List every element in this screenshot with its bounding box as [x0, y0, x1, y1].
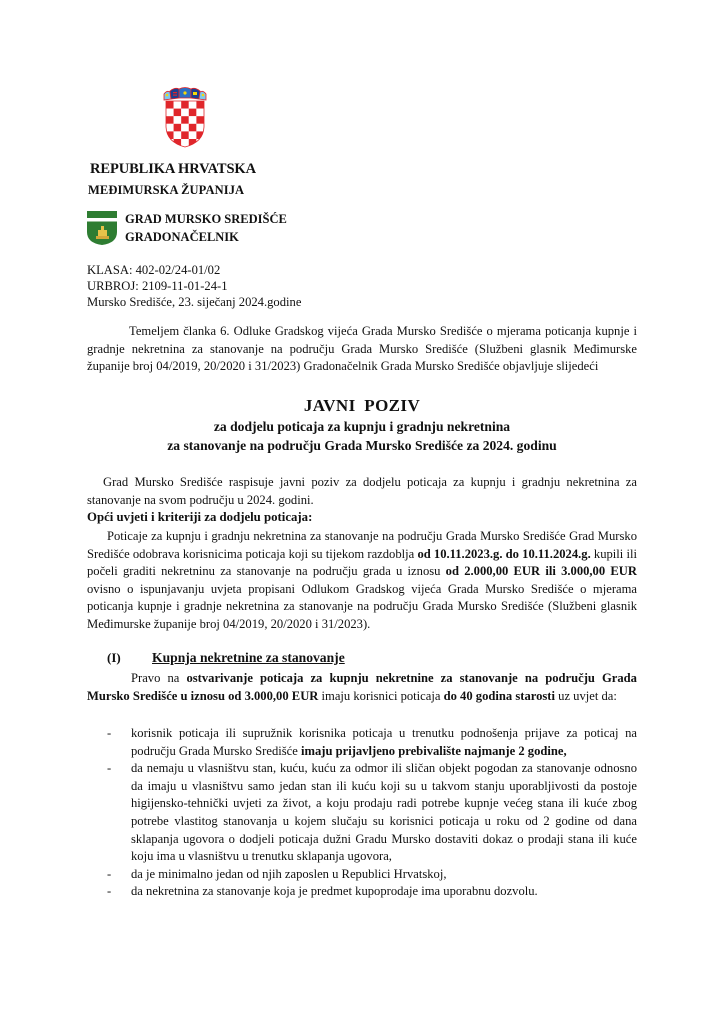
- list-item-text: da nekretnina za stanovanje koja je pred…: [131, 884, 538, 898]
- list-item: -da nemaju u vlasništvu stan, kuću, kuću…: [87, 760, 637, 866]
- list-dash: -: [107, 725, 111, 743]
- list-dash: -: [107, 883, 111, 901]
- amount-bold: od 2.000,00 EUR ili 3.000,00 EUR: [446, 564, 637, 578]
- list-dash: -: [107, 760, 111, 778]
- list-item-bold: imaju prijavljeno prebivalište najmanje …: [301, 744, 567, 758]
- period-bold: od 10.11.2023.g. do 10.11.2024.g.: [417, 547, 590, 561]
- county-heading: MEĐIMURSKA ŽUPANIJA: [88, 183, 244, 198]
- document-subtitle-1: za dodjelu poticaja za kupnju i gradnju …: [0, 419, 724, 435]
- urbroj: URBROJ: 2109-11-01-24-1: [87, 279, 301, 295]
- list-dash: -: [107, 866, 111, 884]
- document-page: REPUBLIKA HRVATSKA MEĐIMURSKA ŽUPANIJA G…: [0, 0, 724, 1024]
- text-run: uz uvjet da:: [555, 689, 617, 703]
- conditions-list: -korisnik poticaja ili supružnik korisni…: [87, 725, 637, 901]
- general-conditions-paragraph: Poticaje za kupnju i gradnju nekretnina …: [87, 528, 637, 634]
- document-subtitle-2: za stanovanje na području Grada Mursko S…: [0, 438, 724, 454]
- croatian-coat-of-arms-icon: [160, 86, 210, 148]
- text-run: imaju korisnici poticaja: [318, 689, 443, 703]
- age-limit-bold: do 40 godina starosti: [444, 689, 555, 703]
- country-heading: REPUBLIKA HRVATSKA: [90, 161, 256, 178]
- general-conditions-heading: Opći uvjeti i kriteriji za dodjelu potic…: [87, 510, 312, 525]
- list-item: -da nekretnina za stanovanje koja je pre…: [87, 883, 637, 901]
- place-date: Mursko Središće, 23. siječanj 2024.godin…: [87, 295, 301, 311]
- city-heading: GRAD MURSKO SREDIŠĆE: [125, 212, 287, 227]
- list-item: -korisnik poticaja ili supružnik korisni…: [87, 725, 637, 760]
- list-item-text: da nemaju u vlasništvu stan, kuću, kuću …: [131, 761, 637, 863]
- list-item: -da je minimalno jedan od njih zaposlen …: [87, 866, 637, 884]
- text-run: Pravo na: [131, 671, 186, 685]
- text-run: ovisno o ispunjavanju uvjeta propisani O…: [87, 582, 637, 631]
- intro-paragraph: Temeljem članka 6. Odluke Gradskog vijeć…: [87, 323, 637, 376]
- announcement-paragraph: Grad Mursko Središće raspisuje javni poz…: [87, 474, 637, 509]
- klasa: KLASA: 402-02/24-01/02: [87, 263, 301, 279]
- section-paragraph: Pravo na ostvarivanje poticaja za kupnju…: [87, 670, 637, 705]
- section-title: Kupnja nekretnine za stanovanje: [152, 650, 345, 666]
- document-title: JAVNI POZIV: [0, 396, 724, 416]
- section-number: (I): [107, 650, 121, 666]
- document-meta: KLASA: 402-02/24-01/02 URBROJ: 2109-11-0…: [87, 263, 301, 310]
- list-item-text: da je minimalno jedan od njih zaposlen u…: [131, 867, 446, 881]
- office-heading: GRADONAČELNIK: [125, 230, 239, 245]
- city-coat-of-arms-icon: [86, 210, 118, 246]
